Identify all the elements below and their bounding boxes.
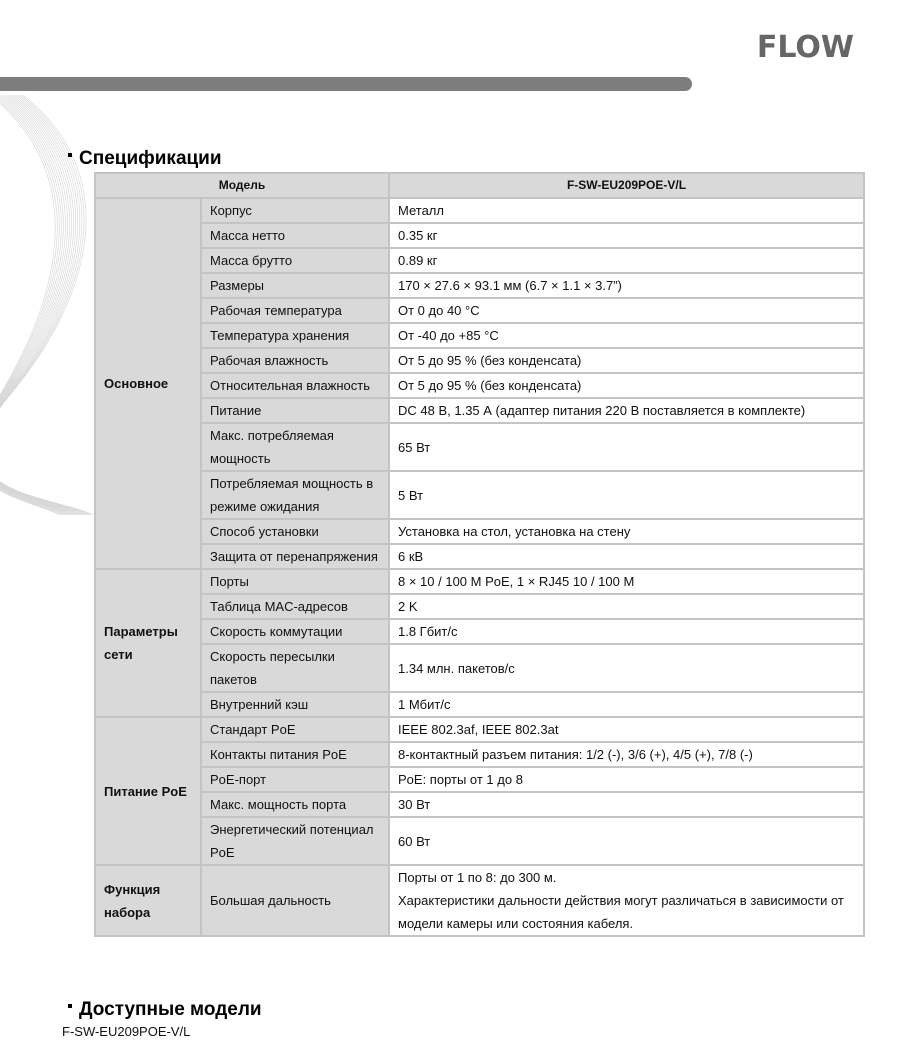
- group-label: Питание PoE: [95, 717, 201, 865]
- table-row: Размеры170 × 27.6 × 93.1 мм (6.7 × 1.1 ×…: [95, 273, 864, 298]
- param-name: Таблица MAC-адресов: [201, 594, 389, 619]
- param-name: Корпус: [201, 198, 389, 223]
- table-header-row: Модель F-SW-EU209POE-V/L: [95, 173, 864, 198]
- table-row: ОсновноеКорпусМеталл: [95, 198, 864, 223]
- param-name: Энергетический потенциал PoE: [201, 817, 389, 865]
- header-bar: [0, 77, 692, 91]
- table-row: PoE-портPoE: порты от 1 до 8: [95, 767, 864, 792]
- models-section-title: Доступные модели: [68, 999, 262, 1021]
- table-row: Масса брутто0.89 кг: [95, 248, 864, 273]
- param-name: Скорость пересылки пакетов: [201, 644, 389, 692]
- param-name: Макс. мощность порта: [201, 792, 389, 817]
- param-name: Относительная влажность: [201, 373, 389, 398]
- table-row: Внутренний кэш1 Мбит/с: [95, 692, 864, 717]
- param-value: Установка на стол, установка на стену: [389, 519, 864, 544]
- param-name: Большая дальность: [201, 865, 389, 936]
- param-value: От 5 до 95 % (без конденсата): [389, 348, 864, 373]
- param-value: 0.89 кг: [389, 248, 864, 273]
- table-row: Масса нетто0.35 кг: [95, 223, 864, 248]
- param-value: PoE: порты от 1 до 8: [389, 767, 864, 792]
- param-value: От 0 до 40 °C: [389, 298, 864, 323]
- param-value: IEEE 802.3af, IEEE 802.3at: [389, 717, 864, 742]
- table-row: Функция набораБольшая дальностьПорты от …: [95, 865, 864, 936]
- param-value: 0.35 кг: [389, 223, 864, 248]
- table-row: Рабочая температураОт 0 до 40 °C: [95, 298, 864, 323]
- param-value: От 5 до 95 % (без конденсата): [389, 373, 864, 398]
- param-value: 1.34 млн. пакетов/с: [389, 644, 864, 692]
- param-name: Способ установки: [201, 519, 389, 544]
- param-name: Масса нетто: [201, 223, 389, 248]
- param-value: 5 Вт: [389, 471, 864, 519]
- available-model: F-SW-EU209POE-V/L: [62, 1024, 190, 1039]
- bullet-icon: [68, 1004, 72, 1008]
- param-name: Рабочая температура: [201, 298, 389, 323]
- spec-section-title: Спецификации: [68, 148, 222, 170]
- table-row: Защита от перенапряжения6 кВ: [95, 544, 864, 569]
- param-name: Скорость коммутации: [201, 619, 389, 644]
- table-row: Температура храненияОт -40 до +85 °C: [95, 323, 864, 348]
- param-value: 65 Вт: [389, 423, 864, 471]
- table-row: Рабочая влажностьОт 5 до 95 % (без конде…: [95, 348, 864, 373]
- table-row: Энергетический потенциал PoE60 Вт: [95, 817, 864, 865]
- param-value: DC 48 В, 1.35 А (адаптер питания 220 В п…: [389, 398, 864, 423]
- spec-table: Модель F-SW-EU209POE-V/L ОсновноеКорпусМ…: [94, 172, 865, 937]
- param-value: 8 × 10 / 100 M PoE, 1 × RJ45 10 / 100 M: [389, 569, 864, 594]
- table-row: ПитаниеDC 48 В, 1.35 А (адаптер питания …: [95, 398, 864, 423]
- model-label-header: Модель: [95, 173, 389, 198]
- param-value: 1.8 Гбит/с: [389, 619, 864, 644]
- table-row: Таблица MAC-адресов2 K: [95, 594, 864, 619]
- param-value: 1 Мбит/с: [389, 692, 864, 717]
- spec-title-text: Спецификации: [79, 148, 222, 169]
- model-value-header: F-SW-EU209POE-V/L: [389, 173, 864, 198]
- param-value: Порты от 1 по 8: до 300 м.Характеристики…: [389, 865, 864, 936]
- bullet-icon: [68, 153, 72, 157]
- param-value: 170 × 27.6 × 93.1 мм (6.7 × 1.1 × 3.7”): [389, 273, 864, 298]
- table-row: Относительная влажностьОт 5 до 95 % (без…: [95, 373, 864, 398]
- param-value: Металл: [389, 198, 864, 223]
- param-name: Стандарт PoE: [201, 717, 389, 742]
- group-label: Функция набора: [95, 865, 201, 936]
- param-name: Рабочая влажность: [201, 348, 389, 373]
- param-name: Температура хранения: [201, 323, 389, 348]
- table-row: Потребляемая мощность в режиме ожидания5…: [95, 471, 864, 519]
- param-name: PoE-порт: [201, 767, 389, 792]
- param-value: 30 Вт: [389, 792, 864, 817]
- param-name: Внутренний кэш: [201, 692, 389, 717]
- table-row: Питание PoEСтандарт PoEIEEE 802.3af, IEE…: [95, 717, 864, 742]
- flow-logo: FLOW: [757, 30, 854, 65]
- table-row: Параметры сетиПорты8 × 10 / 100 M PoE, 1…: [95, 569, 864, 594]
- table-row: Скорость коммутации1.8 Гбит/с: [95, 619, 864, 644]
- param-value: 6 кВ: [389, 544, 864, 569]
- models-title-text: Доступные модели: [79, 999, 262, 1020]
- param-name: Питание: [201, 398, 389, 423]
- param-value: 2 K: [389, 594, 864, 619]
- table-row: Макс. потребляемая мощность65 Вт: [95, 423, 864, 471]
- table-row: Скорость пересылки пакетов1.34 млн. паке…: [95, 644, 864, 692]
- param-value: От -40 до +85 °C: [389, 323, 864, 348]
- table-row: Контакты питания PoE8-контактный разъем …: [95, 742, 864, 767]
- param-name: Масса брутто: [201, 248, 389, 273]
- param-name: Порты: [201, 569, 389, 594]
- param-name: Размеры: [201, 273, 389, 298]
- param-name: Контакты питания PoE: [201, 742, 389, 767]
- param-value: 8-контактный разъем питания: 1/2 (-), 3/…: [389, 742, 864, 767]
- group-label: Параметры сети: [95, 569, 201, 717]
- param-name: Макс. потребляемая мощность: [201, 423, 389, 471]
- value-line: Порты от 1 по 8: до 300 м.: [398, 866, 855, 889]
- param-value: 60 Вт: [389, 817, 864, 865]
- table-row: Способ установкиУстановка на стол, устан…: [95, 519, 864, 544]
- param-name: Защита от перенапряжения: [201, 544, 389, 569]
- table-row: Макс. мощность порта30 Вт: [95, 792, 864, 817]
- value-note: Характеристики дальности действия могут …: [398, 889, 855, 935]
- param-name: Потребляемая мощность в режиме ожидания: [201, 471, 389, 519]
- group-label: Основное: [95, 198, 201, 569]
